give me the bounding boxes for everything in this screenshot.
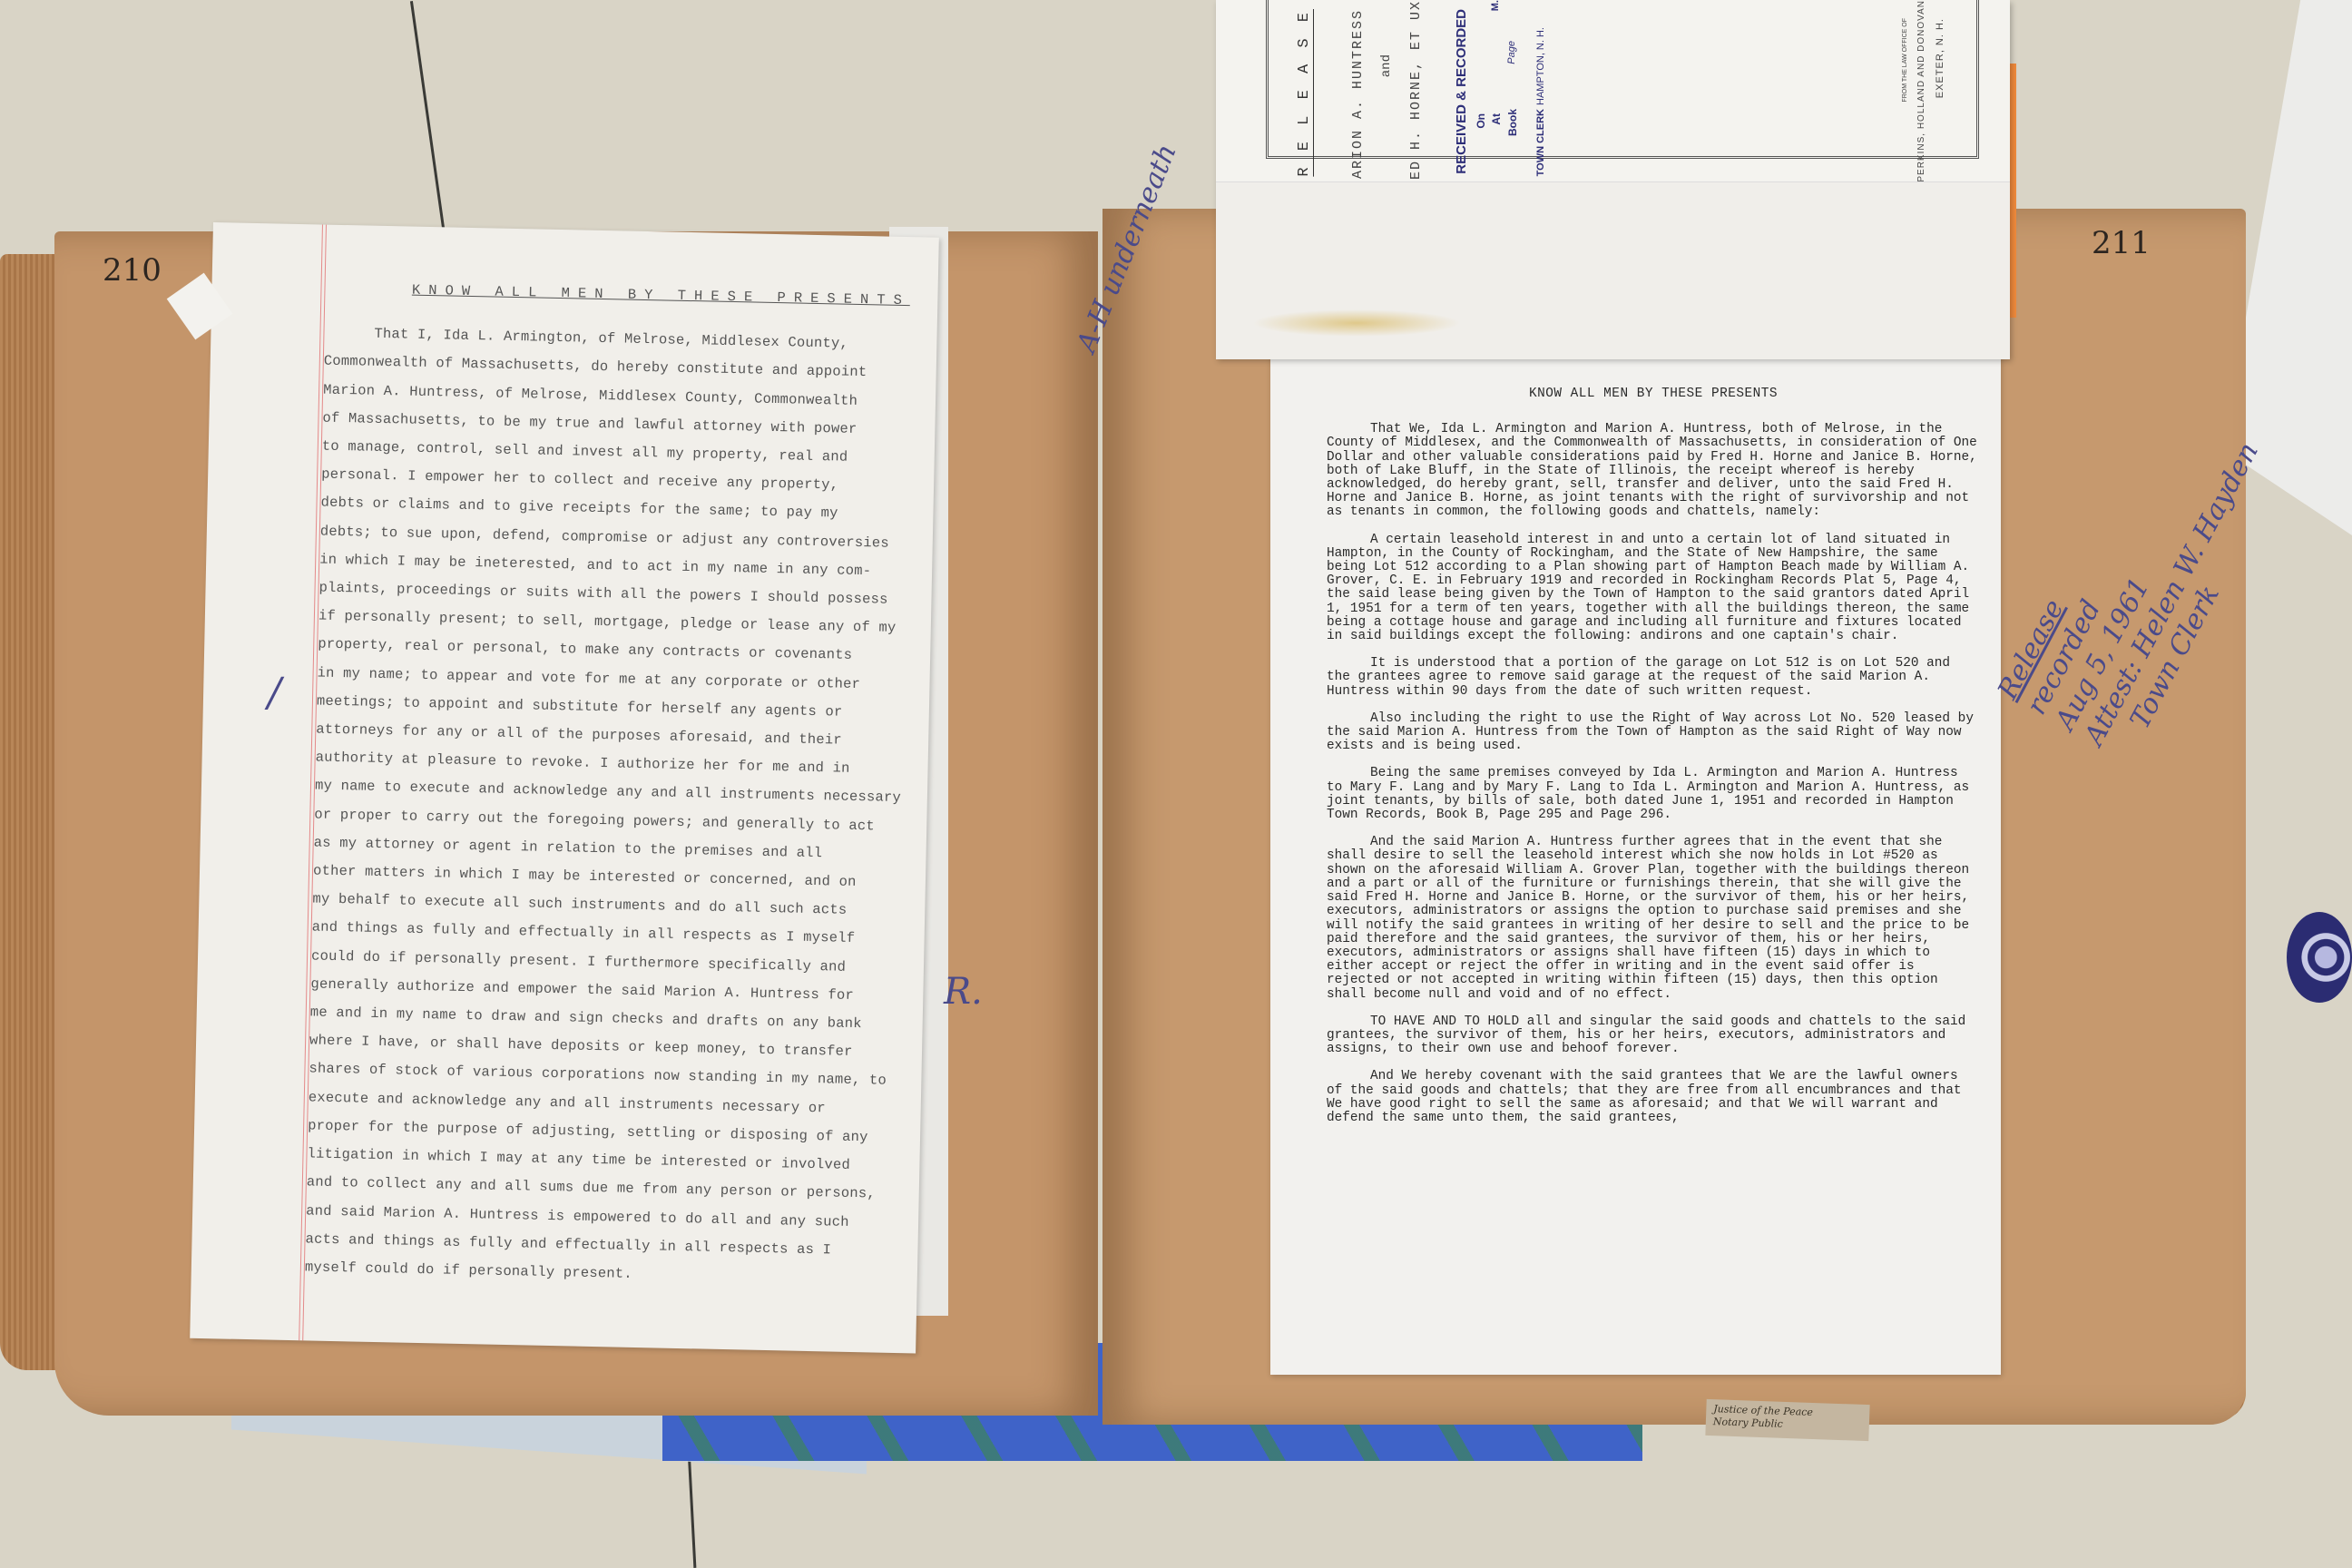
stamp-title: RECEIVED & RECORDED	[1454, 9, 1469, 174]
power-of-attorney-text: KNOW ALL MEN BY THESE PRESENTS That I, I…	[305, 275, 916, 1294]
typed-paragraph: A certain leasehold interest in and unto…	[1327, 534, 1980, 644]
page-number-left: 210	[103, 252, 162, 289]
release-party-1: MARION A. HUNTRESS	[1350, 9, 1366, 189]
stamp-field-book: Book	[1506, 109, 1519, 136]
document-heading: KNOW ALL MEN BY THESE PRESENTS	[407, 276, 916, 315]
release-party-2: FRED H. HORNE, ET UX	[1408, 0, 1424, 200]
typed-paragraph: TO HAVE AND TO HOLD all and singular the…	[1327, 1015, 1980, 1057]
margin-mark-slash: /	[268, 670, 281, 716]
stamp-field-page: Page	[1506, 41, 1517, 64]
release-fold-flap	[1216, 181, 2010, 359]
release-cover: R E L E A S E MARION A. HUNTRESS and FRE…	[1216, 0, 2010, 358]
typed-paragraph: That We, Ida L. Armington and Marion A. …	[1327, 423, 1980, 519]
stamp-place: HAMPTON, N. H.	[1535, 27, 1546, 105]
typed-paragraph: And the said Marion A. Huntress further …	[1327, 836, 1980, 1001]
bill-of-sale-sheet: KNOW ALL MEN BY THESE PRESENTS That We, …	[1270, 349, 2001, 1375]
document-heading: KNOW ALL MEN BY THESE PRESENTS	[1327, 387, 1980, 401]
table-seam	[410, 1, 446, 235]
margin-mark-initial: R.	[944, 971, 983, 1013]
stamp-town-clerk: TOWN CLERK	[1535, 109, 1546, 176]
bill-of-sale-text: KNOW ALL MEN BY THESE PRESENTS That We, …	[1327, 387, 1980, 1139]
stamp-am-pm: M.	[1490, 0, 1501, 11]
power-of-attorney-sheet: KNOW ALL MEN BY THESE PRESENTS That I, I…	[190, 222, 939, 1353]
release-connector: and	[1379, 54, 1394, 77]
tape-stain	[1252, 309, 1461, 337]
page-number-right: 211	[2092, 225, 2151, 261]
release-border	[1266, 0, 1979, 159]
typed-paragraph: Also including the right to use the Righ…	[1327, 712, 1980, 754]
typed-paragraph: Being the same premises conveyed by Ida …	[1327, 767, 1980, 822]
law-office-firm: PERKINS, HOLLAND AND DONOVAN	[1916, 0, 1926, 182]
decorative-knob	[2287, 912, 2352, 1003]
law-office-city: EXETER, N. H.	[1935, 18, 1945, 98]
stamp-field-on: On	[1475, 113, 1487, 129]
release-title: R E L E A S E	[1296, 9, 1313, 177]
law-office-prefix: FROM THE LAW OFFICE OF	[1902, 18, 1908, 103]
typed-paragraph: It is understood that a portion of the g…	[1327, 657, 1980, 699]
stamp-field-at: At	[1490, 113, 1503, 125]
notary-tab: Justice of the Peace Notary Public	[1705, 1399, 1869, 1441]
typed-paragraph: And We hereby covenant with the said gra…	[1327, 1070, 1980, 1125]
